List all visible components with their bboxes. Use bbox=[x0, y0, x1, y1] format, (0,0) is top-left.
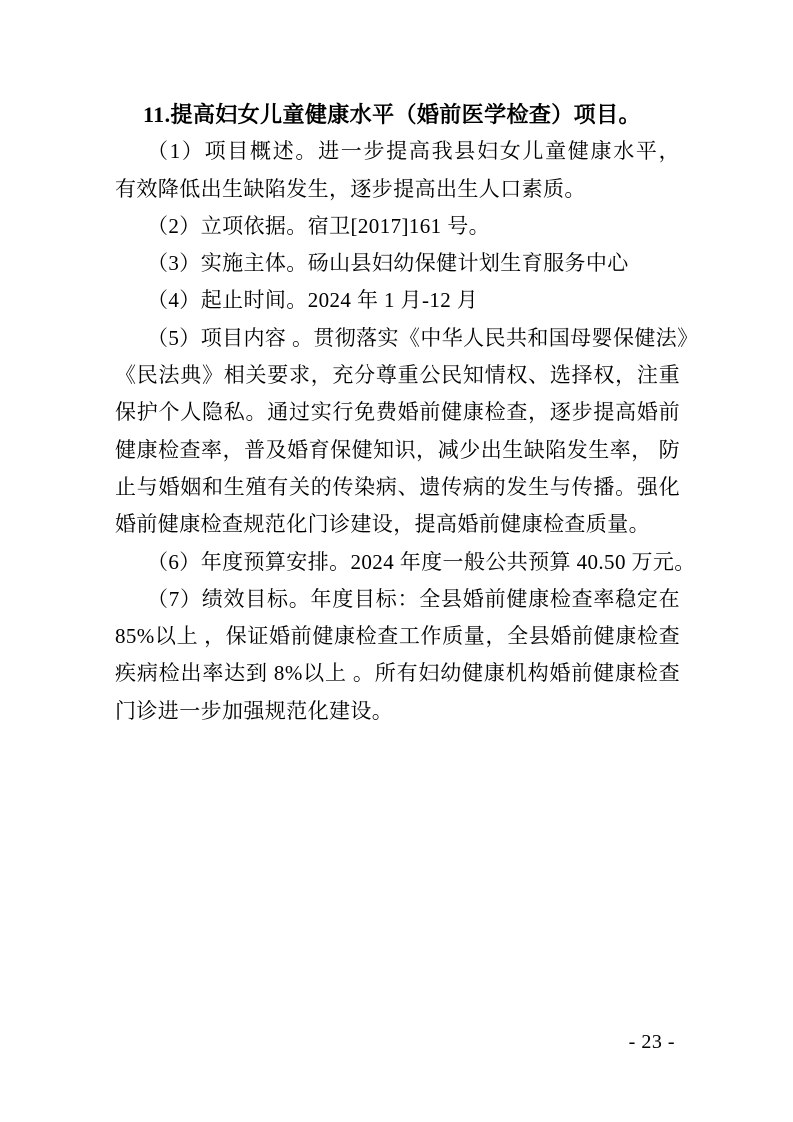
item-7-line-1: （7）绩效目标。年度目标：全县婚前健康检查率稳定在 bbox=[115, 581, 680, 618]
item-1-line-2: 有效降低出生缺陷发生，逐步提高出生人口素质。 bbox=[115, 171, 680, 208]
item-5-line-3: 保护个人隐私。通过实行免费婚前健康检查，逐步提高婚前 bbox=[115, 394, 680, 431]
item-5-line-2: 《民法典》相关要求，充分尊重公民知情权、选择权，注重 bbox=[115, 357, 680, 394]
section-title: 11.提高妇女儿童健康水平（婚前医学检查）项目。 bbox=[115, 96, 680, 133]
item-5-line-5: 止与婚姻和生殖有关的传染病、遗传病的发生与传播。强化 bbox=[115, 469, 680, 506]
document-page: 11.提高妇女儿童健康水平（婚前医学检查）项目。 （1）项目概述。进一步提高我县… bbox=[0, 0, 793, 1122]
item-7-line-4: 门诊进一步加强规范化建设。 bbox=[115, 693, 680, 730]
item-7-line-2: 85%以上 ，保证婚前健康检查工作质量，全县婚前健康检查 bbox=[115, 618, 680, 655]
document-body: 11.提高妇女儿童健康水平（婚前医学检查）项目。 （1）项目概述。进一步提高我县… bbox=[115, 96, 680, 730]
item-7-line-3: 疾病检出率达到 8%以上 。所有妇幼健康机构婚前健康检查 bbox=[115, 655, 680, 692]
item-6-line-1: （6）年度预算安排。2024 年度一般公共预算 40.50 万元。 bbox=[115, 544, 680, 581]
item-5-line-1: （5）项目内容 。贯彻落实《中华人民共和国母婴保健法》 bbox=[115, 320, 680, 357]
page-number: - 23 - bbox=[629, 1030, 675, 1054]
item-4-line-1: （4）起止时间。2024 年 1 月-12 月 bbox=[115, 282, 680, 319]
item-2-line-1: （2）立项依据。宿卫[2017]161 号。 bbox=[115, 208, 680, 245]
item-5-line-6: 婚前健康检查规范化门诊建设，提高婚前健康检查质量。 bbox=[115, 506, 680, 543]
item-5-line-4: 健康检查率，普及婚育保健知识，减少出生缺陷发生率， 防 bbox=[115, 432, 680, 469]
item-1-line-1: （1）项目概述。进一步提高我县妇女儿童健康水平， bbox=[115, 133, 680, 170]
item-3-line-1: （3）实施主体。砀山县妇幼保健计划生育服务中心 bbox=[115, 245, 680, 282]
